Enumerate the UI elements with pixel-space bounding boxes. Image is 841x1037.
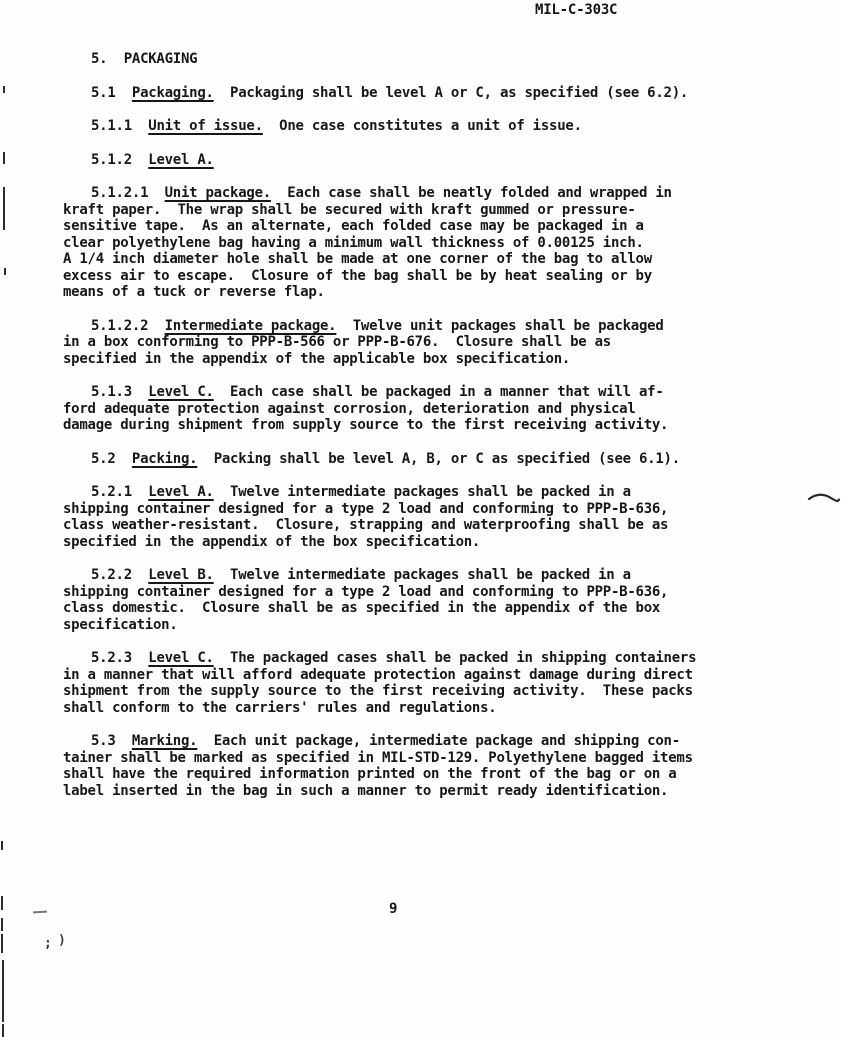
- paragraph-number: 5.1.2: [91, 152, 148, 168]
- paragraph-line: shall conform to the carriers' rules and…: [63, 700, 793, 717]
- scan-artifact-line: [1, 841, 3, 850]
- paragraph-line: shipping container designed for a type 2…: [63, 501, 793, 518]
- paragraph-number: 5.2.3: [91, 650, 148, 666]
- paragraph-5-2-2: 5.2.2 Level B. Twelve intermediate packa…: [63, 567, 793, 633]
- scan-artifact-line: [1, 934, 3, 953]
- paragraph-5-1-1: 5.1.1 Unit of issue. One case constitute…: [63, 118, 793, 135]
- paragraph-5-1-2-1: 5.1.2.1 Unit package. Each case shall be…: [63, 185, 793, 301]
- paragraph-5-1-2: 5.1.2 Level A.: [63, 152, 793, 169]
- paragraph-5-2-3: 5.2.3 Level C. The packaged cases shall …: [63, 650, 793, 716]
- paragraph-line: tainer shall be marked as specified in M…: [63, 750, 793, 767]
- paragraph-5: 5. PACKAGING: [63, 51, 793, 68]
- paragraph-first-line: 5.1.1 Unit of issue. One case constitute…: [63, 118, 793, 135]
- paragraph-text: One case constitutes a unit of issue.: [263, 118, 582, 134]
- paragraph-line: shall have the required information prin…: [63, 766, 793, 783]
- paragraph-line: sensitive tape. As an alternate, each fo…: [63, 218, 793, 235]
- scan-artifact-line: [3, 152, 5, 164]
- paragraph-line: specified in the appendix of the box spe…: [63, 534, 793, 551]
- paragraph-number: 5.2: [91, 451, 132, 467]
- paragraph-first-line: 5.1 Packaging. Packaging shall be level …: [63, 85, 793, 102]
- paragraph-first-line: 5.1.3 Level C. Each case shall be packag…: [63, 384, 793, 401]
- paragraph-number: 5.2.1: [91, 484, 148, 500]
- scanned-document-page: MIL-C-303C 5. PACKAGING5.1 Packaging. Pa…: [0, 0, 841, 1037]
- paragraph-line: ford adequate protection against corrosi…: [63, 401, 793, 418]
- paragraph-number: 5.2.2: [91, 567, 148, 583]
- paragraph-text: Each unit package, intermediate package …: [197, 733, 680, 749]
- paragraph-first-line: 5.2.1 Level A. Twelve intermediate packa…: [63, 484, 793, 501]
- scan-artifact-mark: ;: [44, 937, 52, 950]
- paragraph-number: 5.1.2.2: [91, 318, 165, 334]
- paragraph-line: specification.: [63, 617, 793, 634]
- paragraph-line: shipment from the supply source to the f…: [63, 683, 793, 700]
- paragraph-first-line: 5.2.3 Level C. The packaged cases shall …: [63, 650, 793, 667]
- paragraph-line: shipping container designed for a type 2…: [63, 584, 793, 601]
- scan-artifact-mark: ): [58, 934, 66, 947]
- document-number-header: MIL-C-303C: [535, 2, 617, 18]
- paragraph-line: specified in the appendix of the applica…: [63, 351, 793, 368]
- paragraph-line: excess air to escape. Closure of the bag…: [63, 268, 793, 285]
- paragraph-5-2: 5.2 Packing. Packing shall be level A, B…: [63, 451, 793, 468]
- paragraph-title: Marking.: [132, 733, 197, 749]
- paragraph-line: in a manner that will afford adequate pr…: [63, 667, 793, 684]
- paragraph-5-1: 5.1 Packaging. Packaging shall be level …: [63, 85, 793, 102]
- paragraph-line: clear polyethylene bag having a minimum …: [63, 235, 793, 252]
- paragraph-text: Twelve unit packages shall be packaged: [336, 318, 663, 334]
- paragraph-title: Level B.: [148, 567, 213, 583]
- page-number: 9: [389, 901, 397, 917]
- paragraph-title: Intermediate package.: [165, 318, 337, 334]
- paragraph-5-1-3: 5.1.3 Level C. Each case shall be packag…: [63, 384, 793, 434]
- paragraph-title: Level A.: [148, 484, 213, 500]
- paragraph-number: 5.3: [91, 733, 132, 749]
- paragraph-title: Level C.: [148, 384, 213, 400]
- paragraph-line: class domestic. Closure shall be as spec…: [63, 600, 793, 617]
- paragraph-text: Twelve intermediate packages shall be pa…: [214, 484, 631, 500]
- scan-artifact-dash: [33, 911, 47, 914]
- scan-artifact-line: [4, 268, 6, 275]
- paragraph-title: Unit of issue.: [148, 118, 263, 134]
- paragraph-line: damage during shipment from supply sourc…: [63, 417, 793, 434]
- paragraphs: 5. PACKAGING5.1 Packaging. Packaging sha…: [63, 51, 793, 799]
- paragraph-5-1-2-2: 5.1.2.2 Intermediate package. Twelve uni…: [63, 318, 793, 368]
- document-body: 5. PACKAGING5.1 Packaging. Packaging sha…: [63, 51, 793, 799]
- paragraph-first-line: 5.1.2.1 Unit package. Each case shall be…: [63, 185, 793, 202]
- paragraph-text: Packing shall be level A, B, or C as spe…: [197, 451, 680, 467]
- paragraph-first-line: 5.1.2.2 Intermediate package. Twelve uni…: [63, 318, 793, 335]
- paragraph-title: Level A.: [148, 152, 213, 168]
- paragraph-line: label inserted in the bag in such a mann…: [63, 783, 793, 800]
- paragraph-text: The packaged cases shall be packed in sh…: [214, 650, 697, 666]
- paragraph-first-line: 5.2.2 Level B. Twelve intermediate packa…: [63, 567, 793, 584]
- paragraph-first-line: 5.1.2 Level A.: [63, 152, 793, 169]
- scan-artifact-line: [1, 918, 3, 931]
- paragraph-line: class weather-resistant. Closure, strapp…: [63, 517, 793, 534]
- scan-artifact-line: [2, 960, 4, 1022]
- paragraph-number: 5.1: [91, 85, 132, 101]
- paragraph-first-line: 5.3 Marking. Each unit package, intermed…: [63, 733, 793, 750]
- paragraph-number: 5.: [91, 51, 124, 67]
- paragraph-number: 5.1.2.1: [91, 185, 165, 201]
- paragraph-line: A 1/4 inch diameter hole shall be made a…: [63, 251, 793, 268]
- paragraph-title: Packing.: [132, 451, 197, 467]
- paragraph-text: Each case shall be packaged in a manner …: [214, 384, 664, 400]
- paragraph-line: kraft paper. The wrap shall be secured w…: [63, 202, 793, 219]
- paragraph-5-2-1: 5.2.1 Level A. Twelve intermediate packa…: [63, 484, 793, 550]
- paragraph-title: Packaging.: [132, 85, 214, 101]
- paragraph-number: 5.1.1: [91, 118, 148, 134]
- scan-artifact-line: [3, 86, 5, 93]
- paragraph-line: in a box conforming to PPP-B-566 or PPP-…: [63, 334, 793, 351]
- paragraph-title: PACKAGING: [124, 51, 198, 67]
- paragraph-title: Level C.: [148, 650, 213, 666]
- paragraph-5-3: 5.3 Marking. Each unit package, intermed…: [63, 733, 793, 799]
- pen-stroke-mark: [807, 491, 841, 506]
- paragraph-text: Twelve intermediate packages shall be pa…: [214, 567, 631, 583]
- scan-artifact-line: [3, 187, 5, 230]
- scan-artifact-line: [1, 896, 3, 910]
- paragraph-text: Each case shall be neatly folded and wra…: [271, 185, 672, 201]
- paragraph-first-line: 5.2 Packing. Packing shall be level A, B…: [63, 451, 793, 468]
- scan-artifact-line: [2, 1024, 4, 1037]
- paragraph-line: means of a tuck or reverse flap.: [63, 284, 793, 301]
- paragraph-text: Packaging shall be level A or C, as spec…: [214, 85, 688, 101]
- paragraph-number: 5.1.3: [91, 384, 148, 400]
- paragraph-title: Unit package.: [165, 185, 271, 201]
- paragraph-first-line: 5. PACKAGING: [63, 51, 793, 68]
